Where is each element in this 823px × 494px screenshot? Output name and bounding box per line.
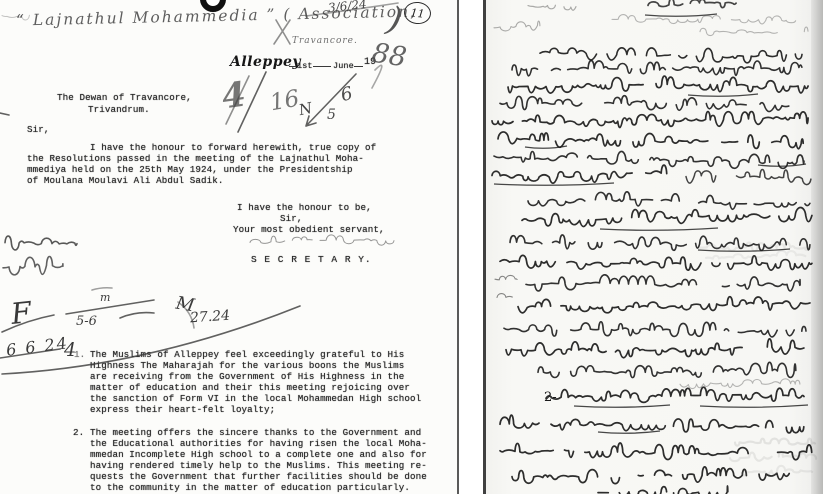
pencil-arrow bbox=[306, 74, 356, 126]
left-page: “ Lajnathul Mohammedia ” ( Association, … bbox=[0, 0, 457, 494]
handwriting-underline bbox=[600, 228, 718, 230]
malayalam-handwriting-line bbox=[512, 467, 795, 484]
malayalam-handwriting-line bbox=[522, 208, 812, 227]
malayalam-handwriting-line bbox=[528, 192, 810, 209]
malayalam-handwriting-line bbox=[500, 415, 815, 433]
malayalam-handwriting-line bbox=[528, 5, 576, 10]
pencil-annotations-svg bbox=[0, 0, 457, 494]
malayalam-handwriting-line bbox=[512, 61, 802, 76]
malayalam-handwriting-line bbox=[742, 466, 812, 476]
malayalam-handwriting-line bbox=[680, 379, 800, 389]
margin-note-scrawl bbox=[2, 15, 38, 20]
malayalam-handwriting-line bbox=[494, 151, 804, 168]
malayalam-handwriting-line bbox=[686, 169, 811, 184]
pencil-overbar bbox=[92, 288, 112, 290]
malayalam-handwriting-line bbox=[518, 297, 810, 313]
malayalam-handwriting-line bbox=[538, 362, 796, 377]
pencil-x-mark bbox=[274, 20, 290, 44]
malayalam-handwriting-line bbox=[508, 76, 808, 93]
handwritten-item-numeral: 2- bbox=[544, 390, 557, 405]
malayalam-handwriting-line bbox=[495, 275, 517, 279]
malayalam-handwriting-line bbox=[497, 294, 520, 299]
malayalam-handwriting-line bbox=[504, 322, 806, 337]
malayalam-handwriting-line bbox=[500, 96, 809, 112]
pencil-scrawl bbox=[120, 313, 154, 318]
pencil-strike bbox=[0, 349, 60, 358]
malayalam-handwriting-svg bbox=[486, 0, 823, 494]
pencil-tail bbox=[178, 302, 194, 328]
page-gap-edge bbox=[457, 0, 486, 494]
handwriting-underline bbox=[698, 249, 790, 251]
docket-underline bbox=[306, 3, 398, 16]
margin-note-scrawl bbox=[320, 235, 394, 245]
handwriting-underline bbox=[688, 94, 758, 96]
malayalam-handwriting-line bbox=[540, 48, 802, 63]
pencil-underflourish bbox=[2, 315, 54, 332]
malayalam-handwriting-line bbox=[730, 452, 816, 461]
pencil-fraction-bar bbox=[66, 300, 154, 314]
margin-note-scrawl bbox=[3, 256, 63, 274]
handwriting-underline bbox=[574, 405, 670, 407]
malayalam-handwriting-line bbox=[506, 339, 804, 358]
scanned-document: { "left_page": { "letterhead": { "organi… bbox=[0, 0, 823, 494]
malayalam-handwriting-line bbox=[598, 486, 728, 494]
malayalam-handwriting-line bbox=[706, 251, 809, 259]
malayalam-handwriting-line bbox=[494, 21, 540, 31]
right-page: 2- bbox=[486, 0, 823, 494]
pencil-slash bbox=[238, 72, 266, 132]
malayalam-handwriting-line bbox=[500, 255, 812, 270]
malayalam-handwriting-line bbox=[700, 27, 808, 36]
pencil-flourish bbox=[372, 65, 382, 88]
handwriting-underline bbox=[598, 431, 660, 433]
edge-tick bbox=[0, 113, 9, 115]
malayalam-handwriting-line bbox=[612, 15, 801, 24]
malayalam-handwriting-line bbox=[735, 439, 815, 446]
margin-note-scrawl bbox=[5, 236, 77, 250]
scan-edge-shadow bbox=[811, 0, 823, 494]
malayalam-handwriting-line bbox=[492, 165, 667, 183]
margin-note-scrawl bbox=[250, 236, 312, 243]
malayalam-handwriting-line bbox=[546, 387, 804, 402]
malayalam-handwriting-line bbox=[526, 275, 800, 291]
handwriting-underline bbox=[700, 405, 808, 407]
handwriting-underline bbox=[758, 164, 806, 166]
malayalam-handwriting-line bbox=[498, 132, 803, 149]
malayalam-handwriting-line bbox=[492, 112, 808, 128]
malayalam-handwriting-line bbox=[648, 0, 736, 8]
